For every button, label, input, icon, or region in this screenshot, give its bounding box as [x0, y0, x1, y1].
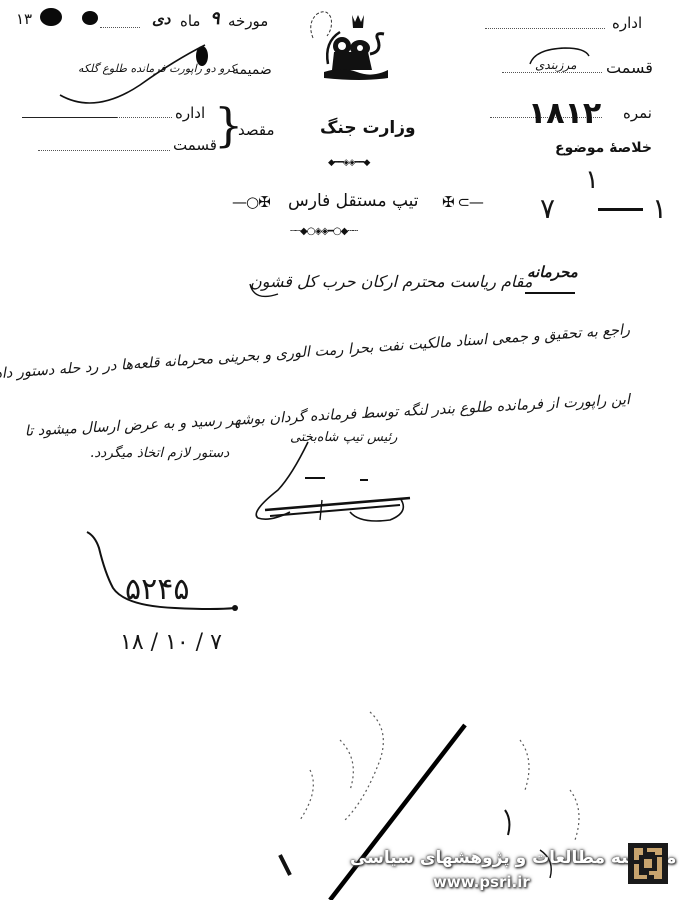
- body-line: راجع به تحقیق و جمعی اسناد مالکیت نفت بح…: [51, 322, 631, 378]
- signature: [250, 440, 420, 525]
- ornament-top: ◆━━◈◈━━◆: [328, 158, 369, 168]
- handwritten-flourish: [55, 40, 215, 110]
- psri-logo: [628, 843, 668, 884]
- margin-mark: ۷: [540, 192, 555, 225]
- archive-number: ۵۲۴۵: [125, 572, 189, 607]
- ink-blot: [82, 11, 98, 25]
- right-section-dotted-line: [502, 72, 602, 73]
- date-label: مورخه: [228, 12, 268, 30]
- salutation: مقام ریاست محترم ارکان حرب کل قشون: [250, 272, 532, 291]
- confidential-label: محرمانه: [527, 263, 578, 281]
- destination-section-label: قسمت: [173, 136, 217, 154]
- summary-label: خلاصهٔ موضوع: [555, 140, 652, 156]
- archive-date: ۱۸ / ۱۰ / ۷: [120, 630, 222, 655]
- margin-mark: ۱: [652, 192, 667, 225]
- right-dept-label: اداره: [612, 14, 642, 32]
- lion-and-sun-emblem-icon: [322, 12, 392, 92]
- confidential-underline: [525, 292, 575, 294]
- section-dotted-line: [38, 150, 170, 151]
- ornament-right: ✠ ⊂—: [442, 193, 483, 211]
- right-dept-dotted-line: [485, 28, 605, 29]
- watermark-url: www.psri.ir: [433, 873, 530, 891]
- number-label: نمره: [623, 104, 652, 122]
- handwritten-flourish: [248, 280, 288, 310]
- psri-logo-icon: [628, 843, 668, 884]
- document-number: ۱۸۱۲: [528, 96, 601, 131]
- ornament-left: —○✠: [232, 193, 270, 211]
- margin-mark: ۱: [585, 165, 599, 195]
- dept-line: [22, 117, 117, 118]
- date-dotted-line: [100, 27, 140, 28]
- right-section-label: قسمت: [606, 58, 653, 77]
- faded-stamp-marks: [250, 700, 681, 900]
- date-month-label: ماه: [180, 12, 200, 30]
- ministry-title: وزارت جنگ: [320, 118, 416, 138]
- destination-dept-label: اداره: [175, 104, 205, 122]
- ornament-bottom: ┄┄◆○◈◈━○◆┄┄: [290, 226, 357, 237]
- attachment-label: ضمیمه: [232, 62, 272, 78]
- date-day: ۹: [210, 8, 220, 29]
- unit-heading: تیپ مستقل فارس: [288, 191, 419, 211]
- ink-blot: [40, 8, 62, 26]
- dept-dotted-line: [117, 117, 172, 118]
- margin-dash: [598, 208, 643, 211]
- destination-label: مقصد: [238, 121, 275, 139]
- year-prefix: ۱۳: [16, 10, 32, 28]
- date-month-handwritten: دی: [152, 10, 170, 28]
- section-handwritten: مرزبندی: [535, 58, 577, 72]
